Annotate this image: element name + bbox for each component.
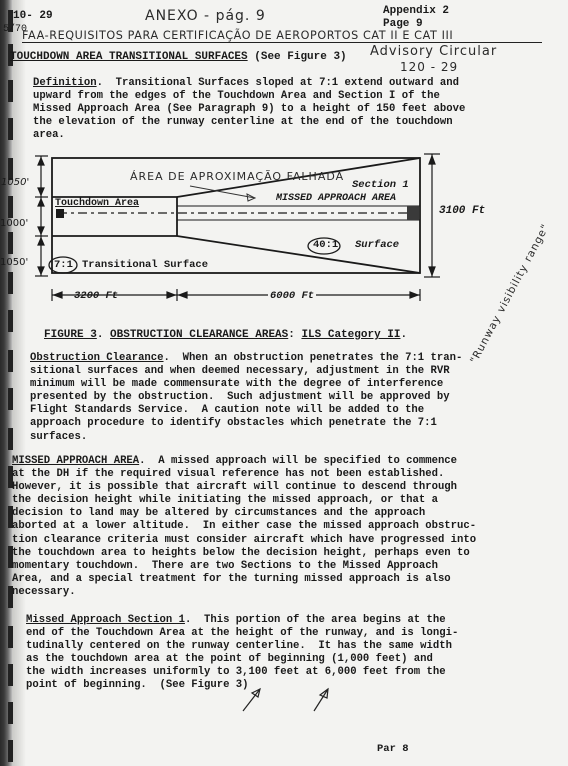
definition-paragraph: Definition. Transitional Surfaces sloped… bbox=[33, 77, 465, 142]
section-title-ref: (See Figure 3) bbox=[248, 51, 347, 63]
dim-label-3200: 3200 Ft bbox=[74, 290, 118, 302]
scan-binding-edge bbox=[0, 0, 12, 766]
missed-approach-paragraph: MISSED APPROACH AREA. A missed approach … bbox=[12, 455, 476, 599]
definition-label: Definition bbox=[33, 77, 97, 89]
missed-approach-label: MISSED APPROACH AREA bbox=[12, 455, 139, 467]
handwritten-ac-line2: 120 - 29 bbox=[400, 60, 458, 74]
surface-40-label: Surface bbox=[355, 239, 399, 251]
doc-number: 10- 29 bbox=[13, 10, 53, 22]
ratio-40-label: 40:1 bbox=[313, 239, 338, 251]
appendix-label: Appendix 2 bbox=[383, 5, 449, 17]
handwritten-ac-line1: Advisory Circular bbox=[370, 44, 497, 59]
section-1-label-text: Missed Approach Section 1 bbox=[26, 614, 185, 626]
paragraph-marker: Par 8 bbox=[377, 743, 409, 755]
handwritten-arrows bbox=[240, 685, 360, 715]
handwritten-underline bbox=[22, 42, 542, 43]
section-1-paragraph: Missed Approach Section 1. This portion … bbox=[26, 614, 458, 693]
section-title: TOUCHDOWN AREA TRANSITIONAL SURFACES (Se… bbox=[10, 51, 347, 63]
handwritten-annex: ANEXO - pág. 9 bbox=[145, 8, 266, 24]
obstruction-paragraph: Obstruction Clearance. When an obstructi… bbox=[30, 352, 462, 444]
dim-label-bottom: 1050' bbox=[0, 257, 28, 268]
ratio-7-label: 7:1 bbox=[54, 259, 73, 271]
dim-label-middle: 1000' bbox=[0, 218, 28, 229]
figure-caption: FIGURE 3. OBSTRUCTION CLEARANCE AREAS: I… bbox=[44, 329, 407, 341]
dim-label-width: 3100 Ft bbox=[439, 205, 485, 217]
missed-approach-label: MISSED APPROACH AREA bbox=[276, 193, 396, 204]
dim-label-6000: 6000 Ft bbox=[268, 290, 316, 302]
scan-shadow bbox=[12, 0, 26, 766]
handwritten-title: FAA-REQUISITOS PARA CERTIFICAÇÃO DE AERO… bbox=[22, 29, 453, 42]
obstruction-label: Obstruction Clearance bbox=[30, 352, 164, 364]
section-title-main: TOUCHDOWN AREA TRANSITIONAL SURFACES bbox=[10, 51, 248, 63]
transitional-surface-label: Transitional Surface bbox=[82, 259, 208, 271]
dim-label-top: 1050' bbox=[1, 177, 29, 188]
touchdown-area-label: Touchdown Area bbox=[55, 198, 139, 209]
section-1-label: Section 1 bbox=[352, 179, 409, 191]
handwritten-area-label: ÁREA DE APROXIMAÇÃO FALHADA bbox=[130, 170, 344, 183]
